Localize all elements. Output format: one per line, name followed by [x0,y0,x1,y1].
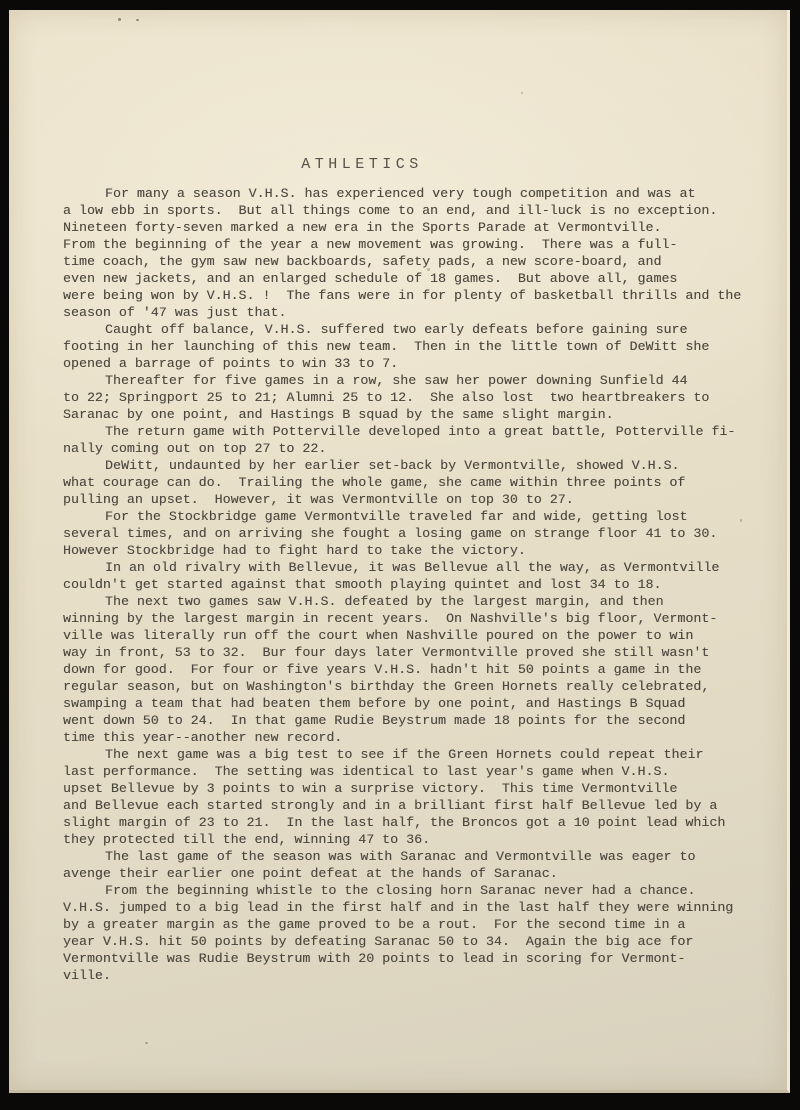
page-title: ATHLETICS [9,10,787,173]
paragraph: For many a season V.H.S. has experienced… [63,185,755,321]
paragraph: The return game with Potterville develop… [63,423,755,457]
paragraph: From the beginning whistle to the closin… [63,882,755,984]
scanned-page: ATHLETICS For many a season V.H.S. has e… [0,0,800,1110]
paper-speck [740,519,742,522]
paragraph: In an old rivalry with Bellevue, it was … [63,559,755,593]
paper-speck [118,18,121,21]
paragraph: The next game was a big test to see if t… [63,746,755,848]
paragraph: Thereafter for five games in a row, she … [63,372,755,423]
paragraph: For the Stockbridge game Vermontville tr… [63,508,755,559]
paper-speck [427,268,430,271]
paper-sheet: ATHLETICS For many a season V.H.S. has e… [9,10,790,1093]
paragraph: The next two games saw V.H.S. defeated b… [63,593,755,746]
paragraph: DeWitt, undaunted by her earlier set-bac… [63,457,755,508]
paper-speck [136,19,139,21]
paragraph: The last game of the season was with Sar… [63,848,755,882]
paper-speck [521,92,523,94]
document-body: For many a season V.H.S. has experienced… [63,185,755,984]
paper-speck [145,1042,148,1044]
paragraph: Caught off balance, V.H.S. suffered two … [63,321,755,372]
